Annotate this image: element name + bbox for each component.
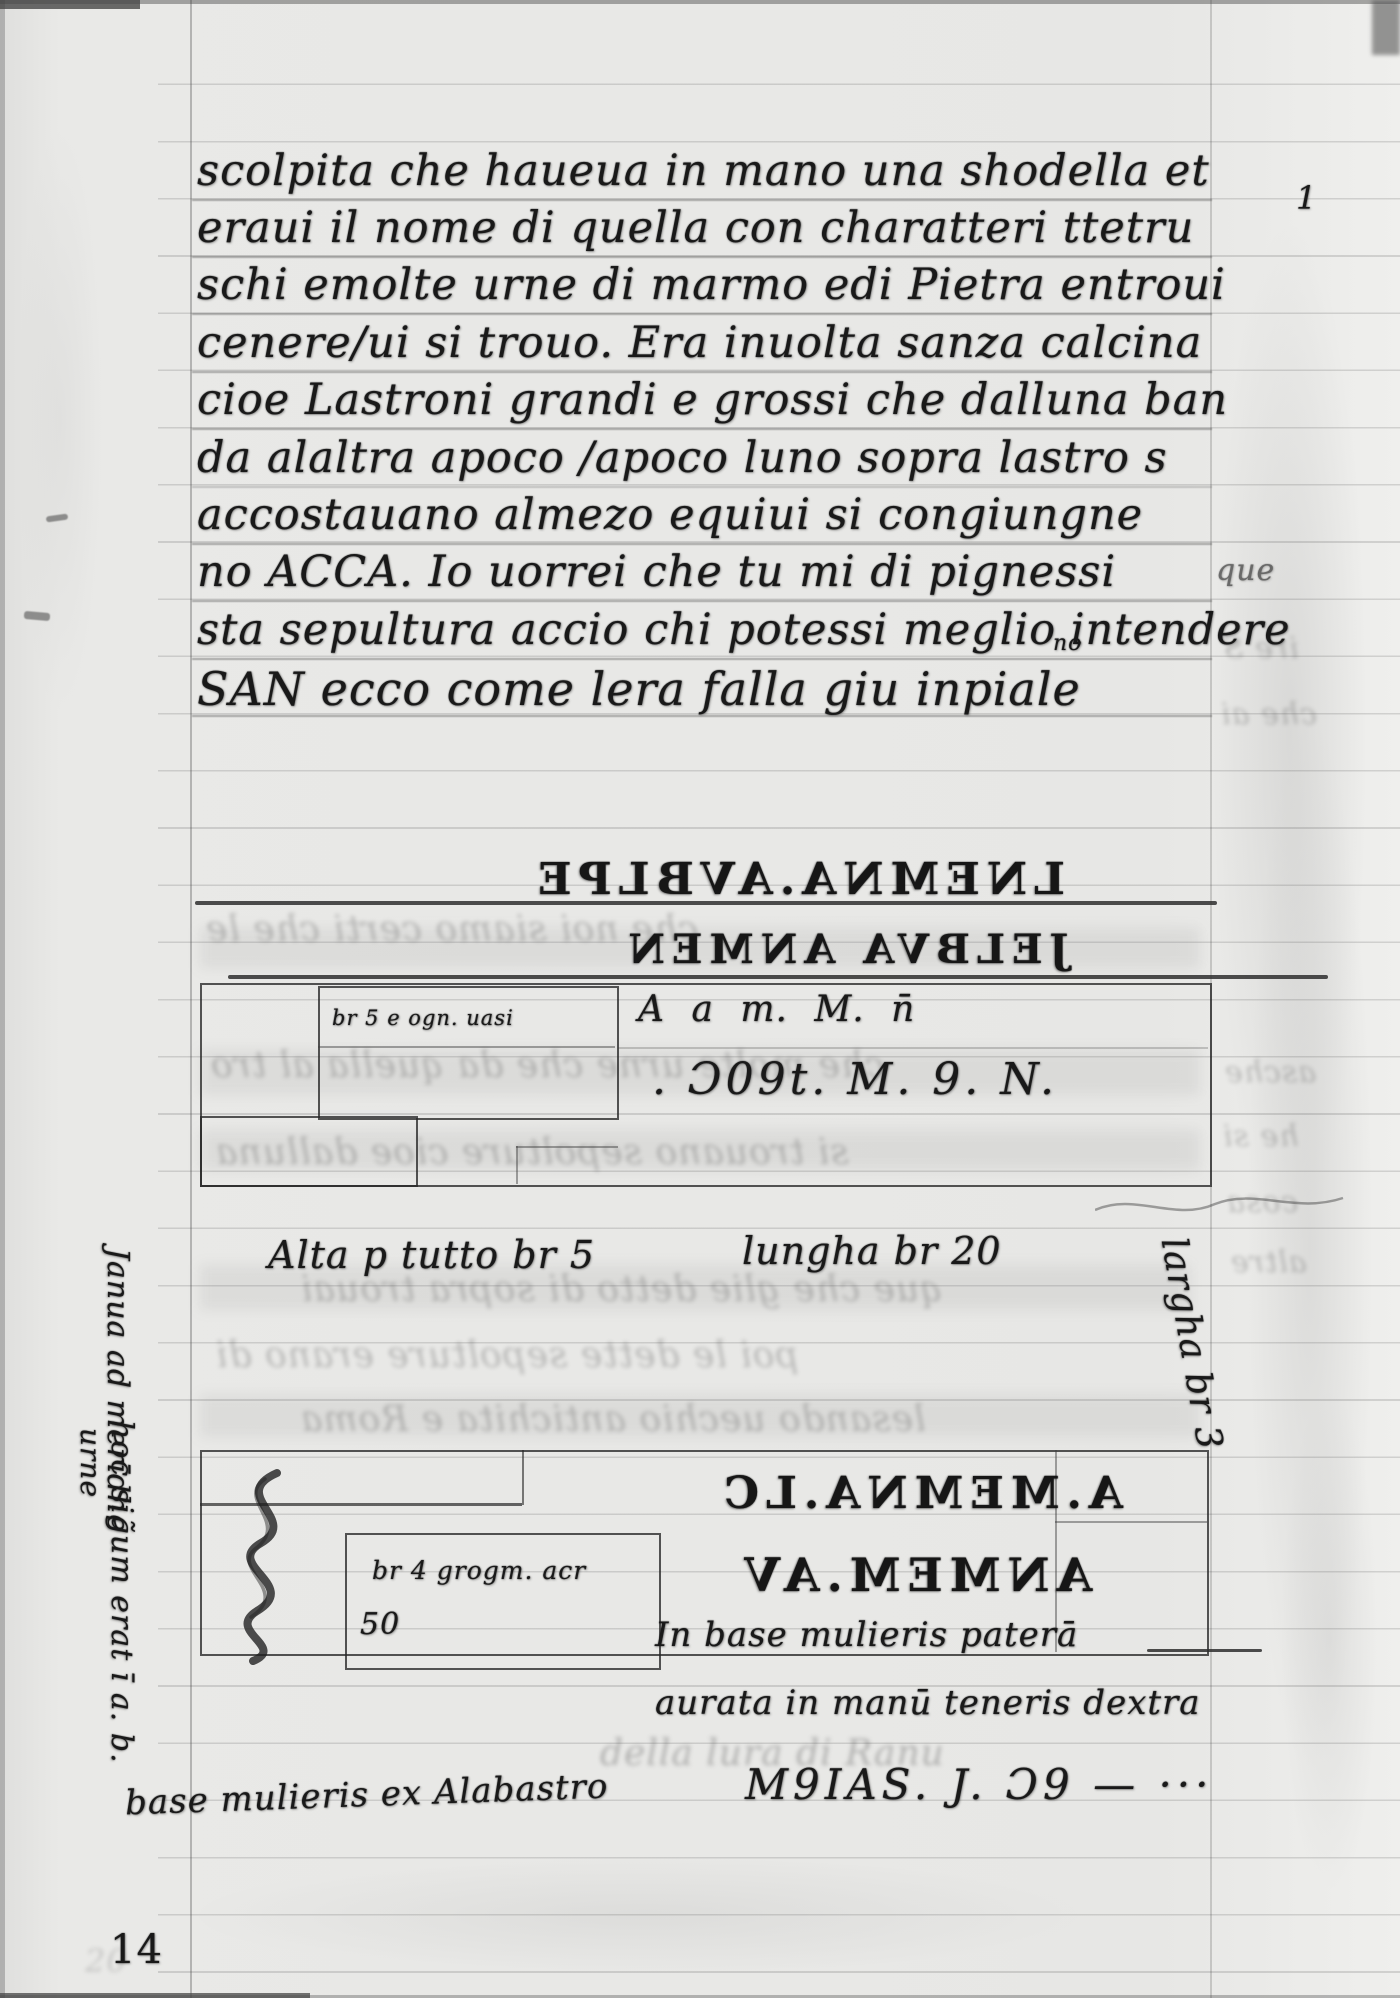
tomb-plan-step-box: [200, 1116, 418, 1187]
etruscan-inscription-bottom: M9IAS. J. Ɔ9 — ···: [745, 1764, 1214, 1806]
etruscan-inscription-lower-2: ANMEM.AV: [680, 1552, 1150, 1598]
bleedthrough-fragment: altre: [1230, 1248, 1307, 1278]
folio-number: 1: [1296, 182, 1317, 214]
text-line-overflow: que: [1216, 556, 1275, 586]
pen-scratch: [1095, 1188, 1345, 1228]
inner-box-divider: [318, 1046, 615, 1048]
page-top-edge: [0, 0, 1400, 4]
etruscan-inscription-upper-1: LNEMNA.AVBLPE: [545, 858, 1065, 902]
page-number: 14: [110, 1930, 163, 1970]
base-step-line: [522, 1450, 524, 1505]
bleedthrough-line: lesando uechio antichita e Roma: [300, 1402, 926, 1438]
text-line: da alaltra apoco /apoco luno sopra lastr…: [197, 437, 1168, 480]
inscription-rule: [228, 975, 1328, 979]
bleedthrough-line: que che glie detto di sopra trouai: [300, 1272, 943, 1308]
base-inner-divider: [1055, 1521, 1207, 1523]
text-line: cioe Lastroni grandi e grossi che dallun…: [197, 379, 1228, 422]
margin-note-hoc-signum: hoc sig̃um erat ī a. b.: [106, 1420, 136, 1764]
page-left-edge: [0, 0, 5, 1998]
etruscan-table-row-1: A a m. M. n̄: [638, 992, 915, 1028]
text-line: sta sepultura accio chi potessi meglio i…: [197, 609, 1291, 652]
text-line: cenere/ui si trouo. Era inuolta sanza ca…: [197, 322, 1202, 365]
measure-alta: Alta p tutto br 5: [268, 1236, 595, 1274]
row-divider: [618, 1047, 1208, 1049]
lower-cell-note: br 4 grogm. acr: [372, 1558, 586, 1583]
etruscan-inscription-upper-2: JELBVA ANMEN: [620, 930, 1070, 970]
text-line: schi emolte urne di marmo edi Pietra ent…: [197, 264, 1226, 307]
step-line: [516, 1146, 618, 1148]
text-line: scolpita che haueua in mano una shodella…: [197, 150, 1210, 193]
text-line: no ACCA. Io uorrei che tu mi di pignessi: [197, 551, 1116, 594]
text-line: eraui il nome di quella con charatteri t…: [197, 207, 1194, 250]
page-top-edge-dark: [0, 0, 140, 9]
manuscript-page: che noi siamo certi che le che molte urn…: [0, 0, 1400, 1998]
note-underline: [1147, 1649, 1262, 1652]
flourish-ornament: [205, 1465, 325, 1665]
measure-lungha: lungha br 20: [742, 1232, 1002, 1270]
latin-note-base-mulieris: base mulieris ex Alabastro: [125, 1770, 609, 1821]
base-inner-box: [345, 1533, 661, 1670]
lower-cell-value: 50: [360, 1610, 400, 1640]
etruscan-table-row-2: . Ɔ09t. M. 9. N.: [652, 1058, 1058, 1102]
bleedthrough-line: poi le dette sepolture erano di: [215, 1338, 798, 1374]
text-line: accostauano almezo equiui si congiungne: [197, 494, 1143, 537]
table-cell-note: br 5 e ogn. uasi: [332, 1008, 514, 1029]
superscript-note: no: [1053, 633, 1082, 655]
bleedthrough-fragment: che ai: [1220, 700, 1317, 730]
margin-note-urne: urne: [76, 1428, 104, 1498]
latin-note-aurata: aurata in manū teneris dextra: [655, 1686, 1201, 1720]
bleedthrough-fragment: he si: [1222, 1122, 1299, 1152]
inscription-rule: [195, 901, 1217, 905]
ink-speck: [46, 513, 69, 522]
latin-note-in-base: In base mulieris paterā: [655, 1618, 1078, 1652]
etruscan-inscription-lower-1: A.MEMNA.LC: [690, 1472, 1150, 1516]
text-line: SAN ecco come lera falla giu inpiale: [197, 666, 1081, 712]
step-line: [516, 1146, 518, 1184]
page-corner-mark: [1372, 0, 1400, 55]
ink-speck: [24, 611, 51, 621]
left-margin-rule: [190, 0, 192, 1998]
bleedthrough-fragment: asche: [1224, 1058, 1316, 1088]
